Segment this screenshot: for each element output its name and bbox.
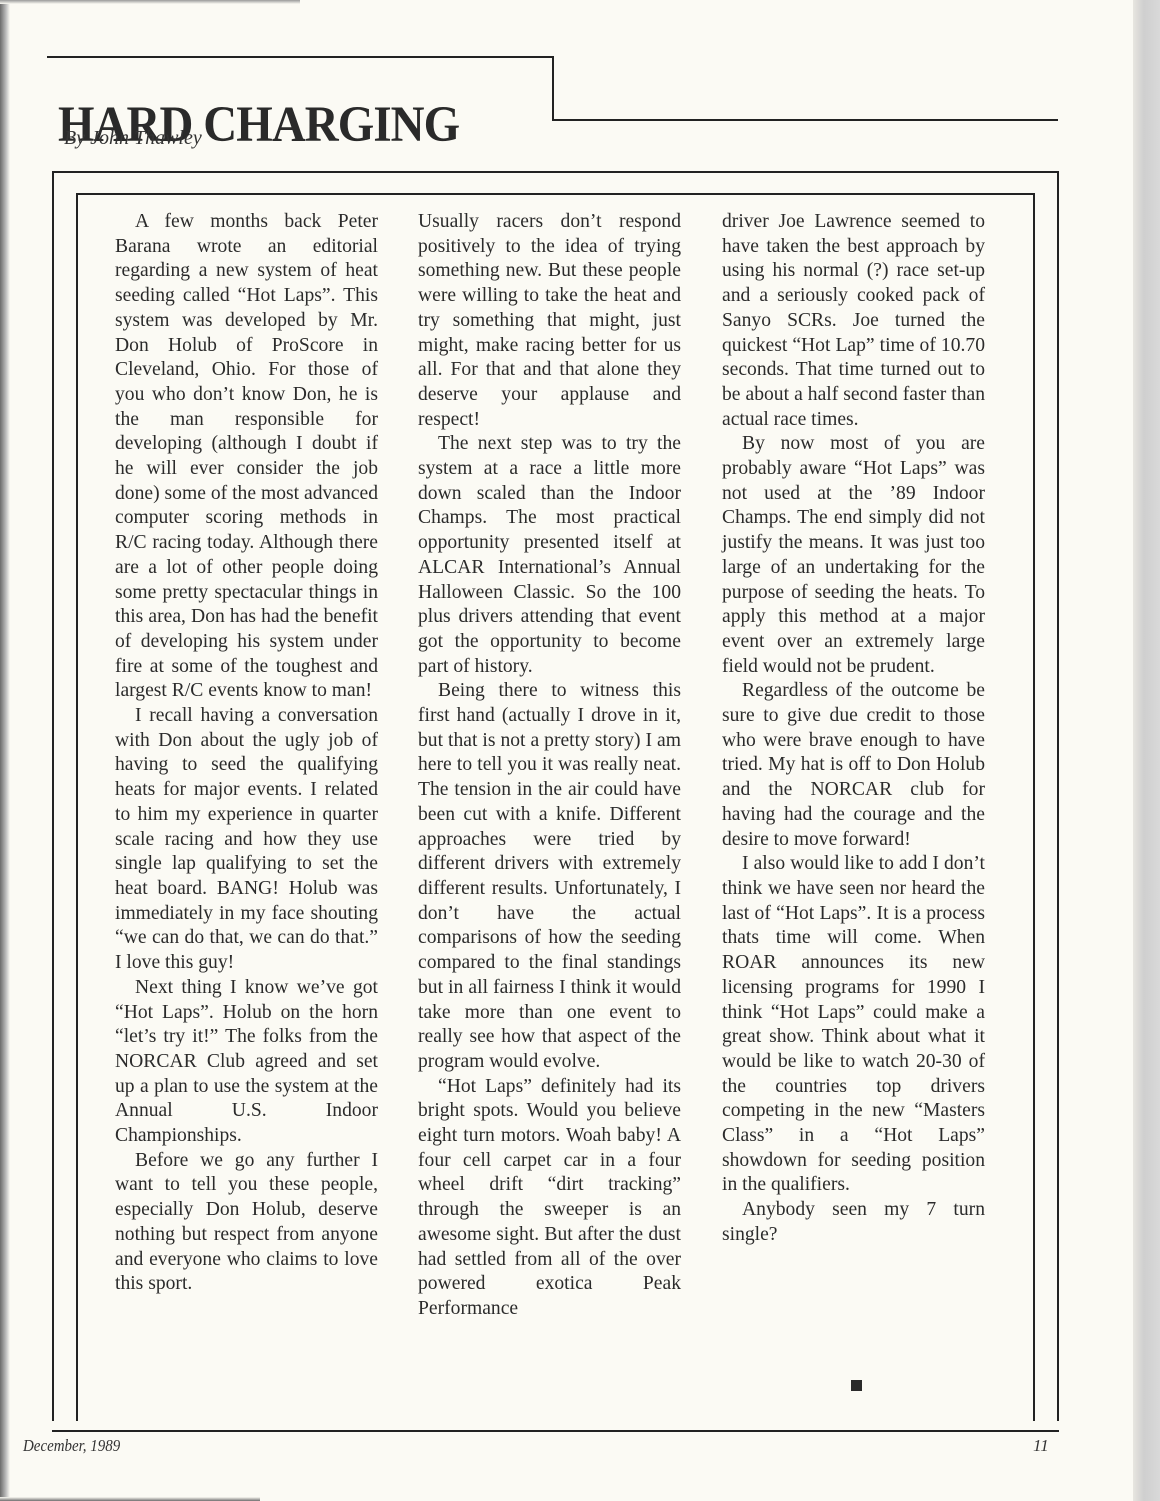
footer-page-number: 11 (1033, 1436, 1049, 1456)
paragraph: Anybody seen my 7 turn single? (722, 1198, 985, 1247)
end-of-article-square-icon (851, 1380, 862, 1391)
inner-box-right-rule (1033, 193, 1035, 1421)
page-bottom-shadow (0, 1497, 260, 1501)
footer-issue-date: December, 1989 (23, 1436, 120, 1456)
paragraph: Before we go any further I want to tell … (115, 1149, 378, 1297)
paragraph: I recall having a conversation with Don … (115, 704, 378, 976)
paragraph: “Hot Laps” definitely had its bright spo… (418, 1075, 681, 1322)
article-byline: By John Thawley (64, 127, 202, 150)
article-column-1: A few months back Peter Barana wrote an … (115, 210, 378, 1297)
inner-box-left-rule (76, 193, 78, 1421)
article-column-3: driver Joe Lawrence seemed to have taken… (722, 210, 985, 1248)
paragraph: Regardless of the outcome be sure to giv… (722, 679, 985, 852)
title-right-rule (552, 119, 1058, 121)
inner-box-top-rule (76, 193, 1035, 195)
outer-box-top-rule (52, 171, 1059, 173)
paragraph: I also would like to add I don’t think w… (722, 852, 985, 1198)
paragraph: Next thing I know we’ve got “Hot Laps”. … (115, 976, 378, 1149)
paragraph: The next step was to try the system at a… (418, 432, 681, 679)
paragraph-continuation: driver Joe Lawrence seemed to have taken… (722, 210, 985, 432)
title-vertical-rule (552, 56, 554, 121)
outer-box-left-rule (52, 171, 54, 1421)
paragraph: Being there to witness this first hand (… (418, 679, 681, 1074)
paragraph: A few months back Peter Barana wrote an … (115, 210, 378, 704)
outer-box-right-rule (1057, 171, 1059, 1421)
footer-rule (52, 1430, 1059, 1432)
paragraph-continuation: Usually racers don’t respond positively … (418, 210, 681, 432)
page-top-shadow (0, 0, 300, 4)
article-column-2: Usually racers don’t respond positively … (418, 210, 681, 1322)
page-edge-strip (1133, 0, 1160, 1501)
title-top-rule (47, 56, 554, 58)
page-binding-shadow (0, 0, 10, 1501)
paragraph: By now most of you are probably aware “H… (722, 432, 985, 679)
